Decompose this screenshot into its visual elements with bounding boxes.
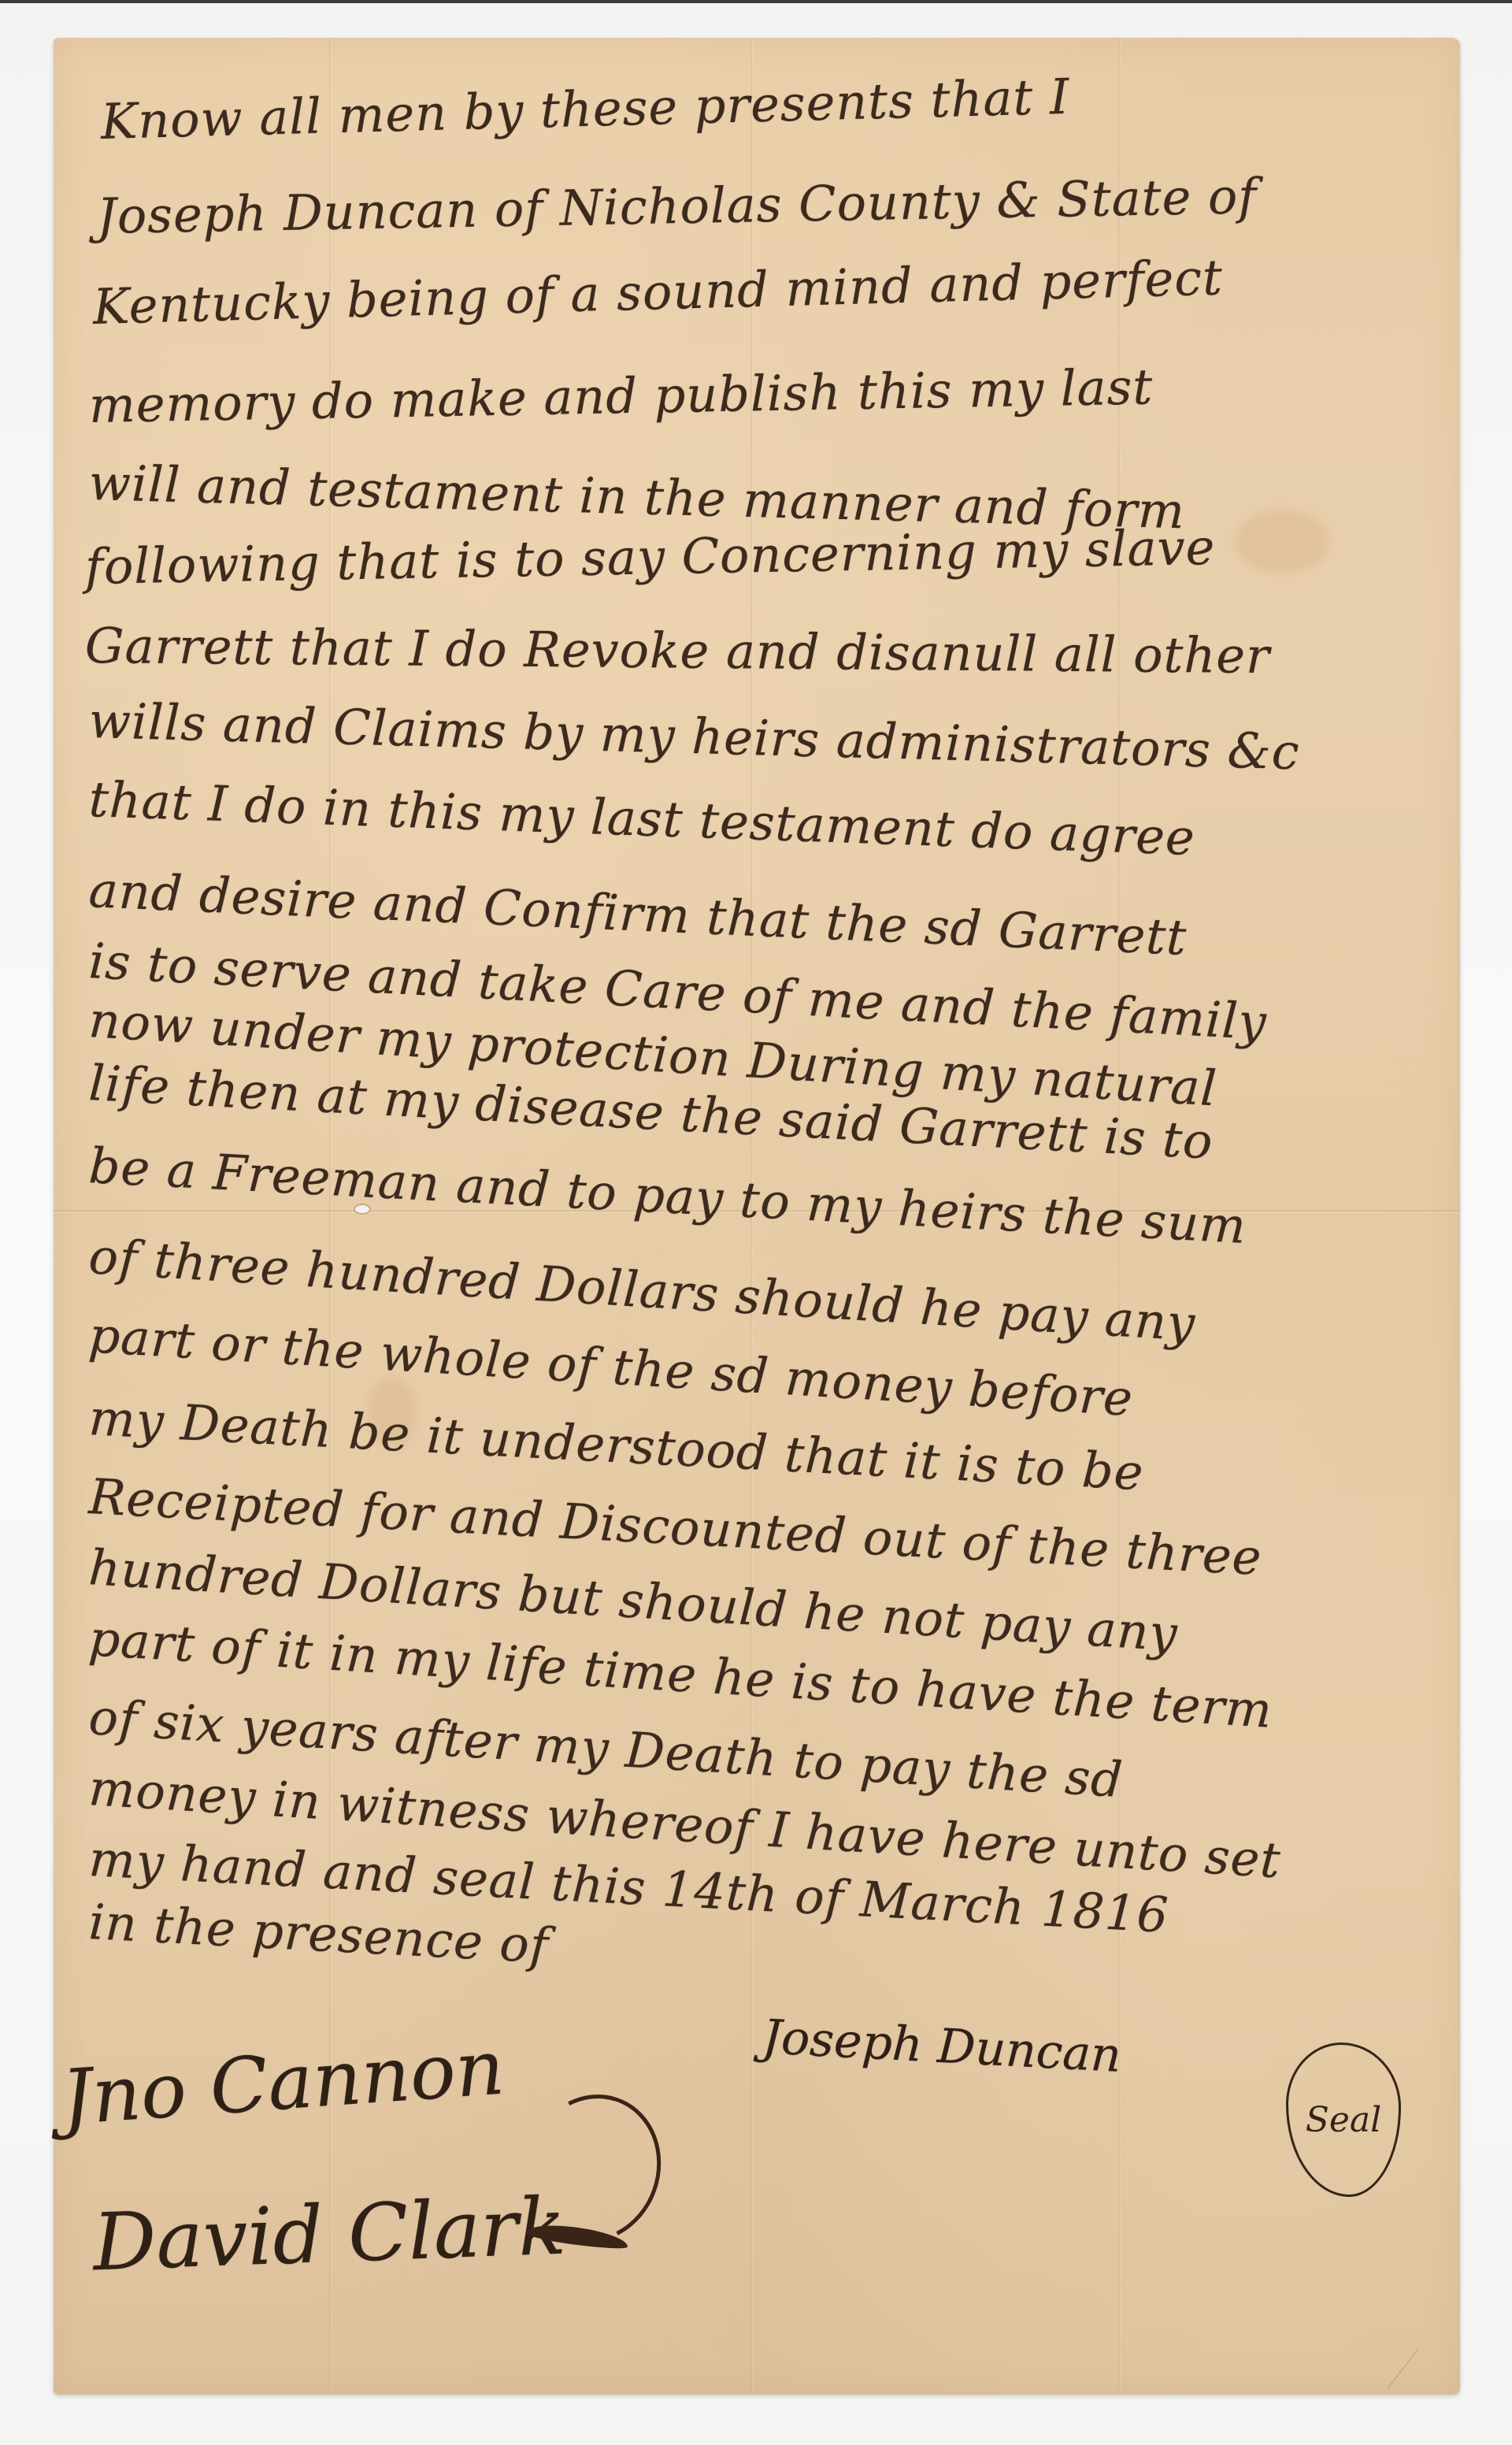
seal-label: Seal <box>1306 2100 1382 2140</box>
will-line-1: Know all men by these presents that I <box>100 68 1070 150</box>
will-line-4: memory do make and publish this my last <box>88 358 1153 434</box>
will-line-3: Kentucky being of a sound mind and perfe… <box>92 248 1224 336</box>
will-line-2: Joseph Duncan of Nicholas County & State… <box>96 167 1257 245</box>
corner-crease <box>1387 2349 1466 2388</box>
will-line-9: that I do in this my last testament do a… <box>88 770 1196 866</box>
will-line-6: following that is to say Concerning my s… <box>84 518 1215 595</box>
seal-mark: Seal <box>1286 2042 1401 2197</box>
testator-signature: Joseph Duncan <box>761 2009 1122 2083</box>
document-paper: Know all men by these presents that I Jo… <box>54 38 1460 2395</box>
paper-stain <box>1235 510 1329 573</box>
witness-signature-cannon: Jno Cannon <box>59 2024 507 2143</box>
witness-signature-clark: David Clark <box>91 2180 567 2289</box>
will-line-7: Garrett that I do Revoke and disanull al… <box>85 617 1270 685</box>
